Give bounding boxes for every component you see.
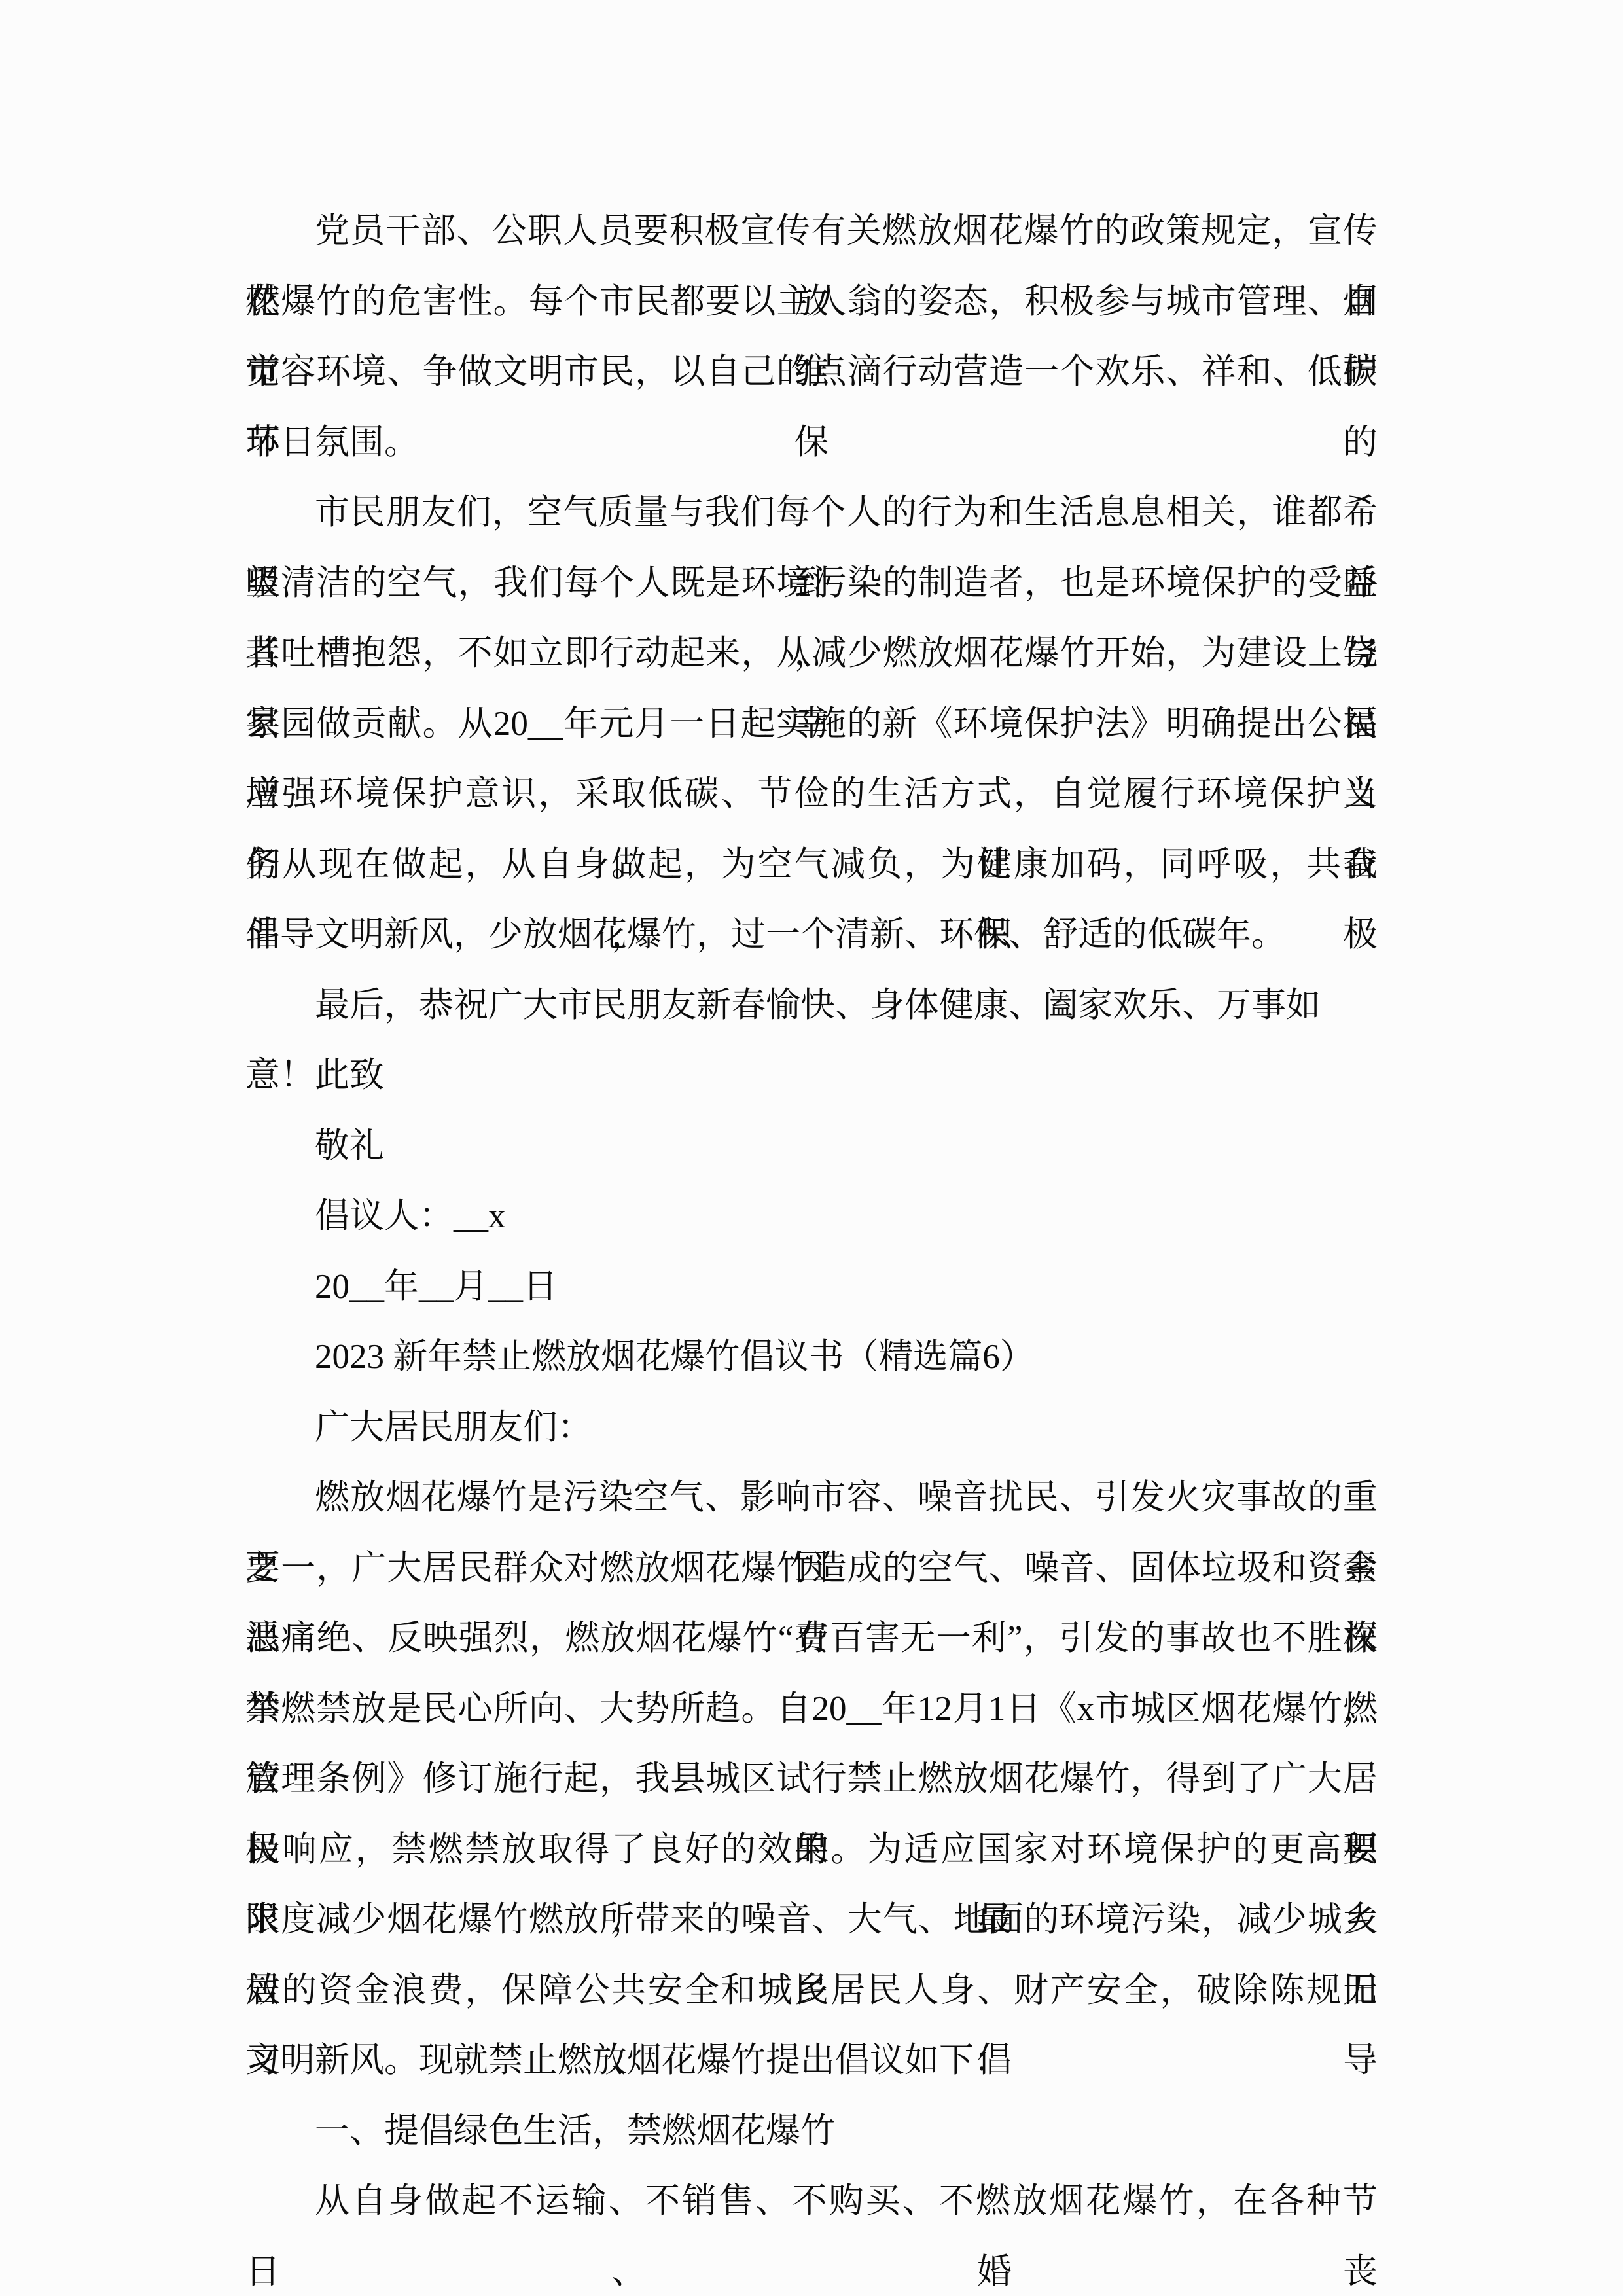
text-line: 家园做贡献。从20__年元月一日起实施的新《环境保护法》明确提出公民应当 xyxy=(245,689,1378,760)
text-line: 们从现在做起，从自身做起，为空气减负，为健康加码，同呼吸，共奋斗，积极 xyxy=(245,830,1378,901)
text-line: 其吐槽抱怨，不如立即行动起来，从减少燃放烟花爆竹开始，为建设上饶县幸福 xyxy=(245,619,1378,689)
text-line: 花爆竹的危害性。每个市民都要以主人翁的姿态，积极参与城市管理、自觉维护 xyxy=(245,267,1378,338)
text-line: 敬礼 xyxy=(245,1111,1378,1182)
text-line: 党员干部、公职人员要积极宣传有关燃放烟花爆竹的政策规定，宣传燃放烟 xyxy=(245,196,1378,267)
text-line: 增强环境保护意识，采取低碳、节俭的生活方式，自觉履行环境保护义务。让我 xyxy=(245,759,1378,830)
text-line: 倡导文明新风，少放烟花爆竹，过一个清新、环保、舒适的低碳年。 xyxy=(245,900,1378,971)
text-line: 效的资金浪费，保障公共安全和城乡居民人身、财产安全，破除陈规旧习、倡导 xyxy=(245,1956,1378,2026)
text-line: 限度减少烟花爆竹燃放所带来的噪音、大气、地面的环境污染，减少城乡居民无 xyxy=(245,1885,1378,1956)
text-line: 燃放烟花爆竹是污染空气、影响市容、噪音扰民、引发火灾事故的重要因素 xyxy=(245,1463,1378,1534)
text-line: 市民朋友们，空气质量与我们每个人的行为和生活息息相关，谁都希望到呼 xyxy=(245,478,1378,548)
text-line: 2023 新年禁止燃放烟花爆竹倡议书（精选篇6） xyxy=(245,1322,1378,1393)
text-line: 管理条例》修订施行起，我县城区试行禁止燃放烟花爆竹，得到了广大居民的积 xyxy=(245,1744,1378,1815)
text-line: 恶痛绝、反映强烈，燃放烟花爆竹“有百害无一利”，引发的事故也不胜枚举， xyxy=(245,1604,1378,1674)
document-page: 党员干部、公职人员要积极宣传有关燃放烟花爆竹的政策规定，宣传燃放烟花爆竹的危害性… xyxy=(0,0,1623,2296)
text-line: 一、提倡绿色生活，禁燃烟花爆竹 xyxy=(245,2096,1378,2167)
text-line: 极响应，禁燃禁放取得了良好的效果。为适应国家对环境保护的更高要求，最大 xyxy=(245,1815,1378,1886)
text-line: 倡议人：__x xyxy=(245,1181,1378,1252)
text-line: 吸清洁的空气，我们每个人既是环境污染的制造者，也是环境保护的受益者，与 xyxy=(245,548,1378,619)
text-line: 20__年__月__日 xyxy=(245,1252,1378,1323)
text-line: 从自身做起不运输、不销售、不购买、不燃放烟花爆竹，在各种节日、婚丧 xyxy=(245,2166,1378,2237)
text-line: 市容环境、争做文明市民，以自己的点滴行动营造一个欢乐、祥和、低碳环保的 xyxy=(245,337,1378,408)
text-line: 禁燃禁放是民心所向、大势所趋。自20__年12月1日《x市城区烟花爆竹燃放 xyxy=(245,1674,1378,1745)
text-line: 之一，广大居民群众对燃放烟花爆竹造成的空气、噪音、固体垃圾和资金浪费深 xyxy=(245,1534,1378,1604)
text-line: 此致 xyxy=(245,1041,1378,1111)
text-line: 最后，恭祝广大市民朋友新春愉快、身体健康、阖家欢乐、万事如意！ xyxy=(245,971,1378,1041)
text-line: 广大居民朋友们： xyxy=(245,1393,1378,1463)
document-body: 党员干部、公职人员要积极宣传有关燃放烟花爆竹的政策规定，宣传燃放烟花爆竹的危害性… xyxy=(245,196,1378,2237)
